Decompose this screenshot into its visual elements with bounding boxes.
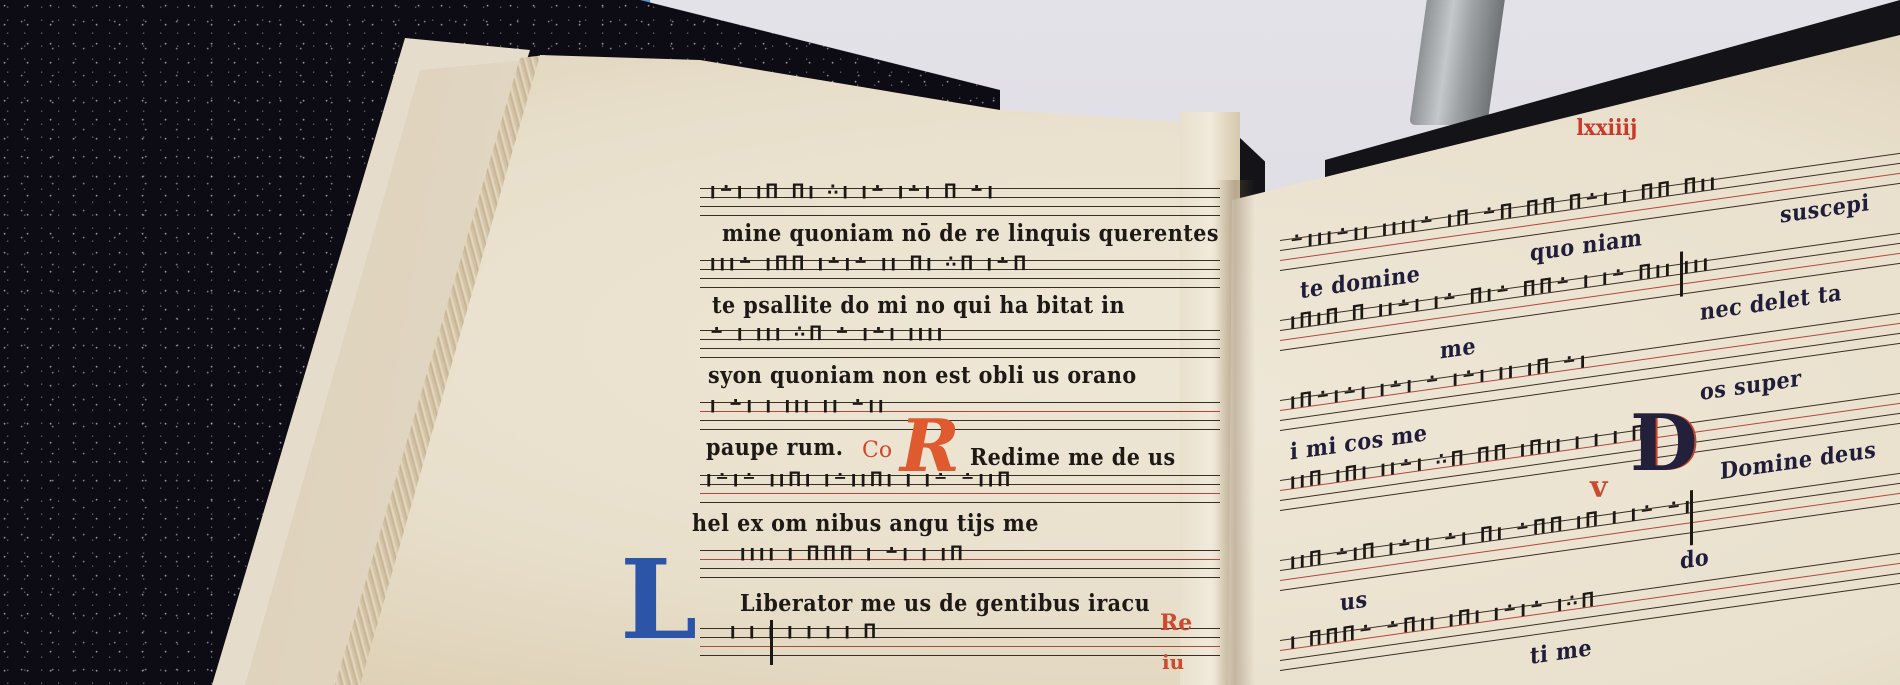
initial-D: D [1630, 405, 1698, 483]
barline [770, 620, 773, 665]
lyric-line: mine quoniam nō de re linquis querentes [722, 220, 1219, 247]
neumes: ꞁ ∸ꞁ ꞁ ꞁꞁꞁ ꞁꞁ ∸ꞁꞁ [710, 394, 888, 413]
lyric-line: paupe rum. [706, 434, 843, 461]
rubric-communion: Co [862, 438, 892, 463]
neumes: ∸ ꞁ ꞁꞁꞁ ∴∏ ∸ ꞁ∸ꞁ ꞁꞁꞁꞁ [710, 322, 946, 341]
gutter-shadow [1215, 180, 1255, 685]
neumes: ꞁ∸ꞁ∸ ꞁꞁ∏ꞁ ꞁ∸ꞁꞁ∏ꞁ ꞁ ꞁ∸ ∸ꞁꞁ∏ [706, 468, 1014, 487]
margin-rubric: Re [1160, 610, 1192, 636]
lyric-line: us [1340, 586, 1368, 617]
initial-R-red: R [900, 410, 960, 482]
lyric-line: syon quoniam non est obli us orano [708, 362, 1137, 389]
rubric-verse-mark: v [1590, 470, 1607, 505]
lyric-line: te psallite do mi no qui ha bitat in [712, 292, 1125, 319]
initial-L-blue: L [620, 545, 697, 655]
right-page-staves: ∸ꞁꞁꞁ∸ꞁꞁ ꞁꞁꞁꞁ∸ ꞁ∏ ∸∏ ∏∏ ∏∸ꞁ ꞁ ∏∏ ∏ꞁꞁ te d… [1280, 33, 1900, 685]
neumes: ꞁ ꞁ ꞁ ꞁ ꞁ ꞁ ꞁ ∏ [730, 620, 880, 639]
left-page-staves: ꞁ∸ꞁ ꞁ∏ ∏ꞁ ∴ꞁ ꞁ∸ ꞁ∸ꞁ ∏ ∸ꞁ mine quoniam nō… [700, 180, 1220, 685]
neumes: ꞁꞁꞁꞁ ꞁ ∏∏∏ ꞁ ∸ꞁ ꞁ ꞁ∏ [740, 542, 967, 561]
barline [1690, 490, 1693, 545]
lyric-line: do [1680, 544, 1709, 575]
neumes: ꞁꞁꞁ∸ ꞁ∏∏ ꞁ∸ꞁ∸ ꞁꞁ ∏ꞁ ∴∏ ꞁ∸∏ [710, 252, 1030, 271]
manuscript-photo: ꞁ∸ꞁ ꞁ∏ ∏ꞁ ∴ꞁ ꞁ∸ ꞁ∸ꞁ ∏ ∸ꞁ mine quoniam nō… [0, 0, 1900, 685]
lyric-line: os super [1700, 365, 1802, 406]
lyric-line: Liberator me us de gentibus iracu [740, 590, 1150, 617]
lyric-line: hel ex om nibus angu tijs me [692, 510, 1039, 537]
margin-rubric: iu [1162, 650, 1184, 674]
lyric-line: me [1440, 332, 1476, 364]
barline [1680, 251, 1683, 296]
neumes: ꞁ∸ꞁ ꞁ∏ ∏ꞁ ∴ꞁ ꞁ∸ ꞁ∸ꞁ ∏ ∸ꞁ [710, 180, 997, 199]
lyric-line: Redime me de us [970, 444, 1176, 471]
